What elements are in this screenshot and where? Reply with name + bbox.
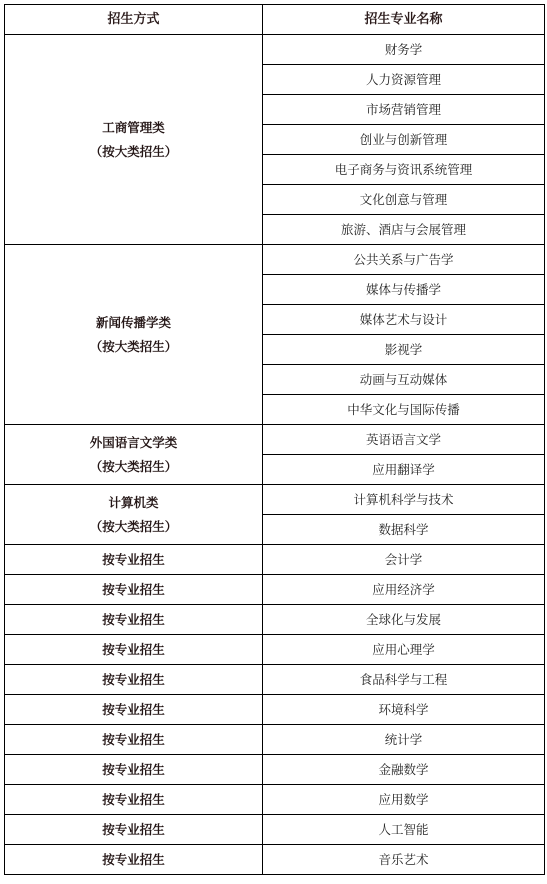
major-cell: 旅游、酒店与会展管理: [263, 215, 545, 245]
table-row: 工商管理类 （按大类招生） 财务学: [5, 35, 545, 65]
method-cell: 按专业招生: [5, 605, 263, 635]
method-cell: 按专业招生: [5, 575, 263, 605]
method-name: 外国语言文学类: [90, 435, 178, 450]
table-row: 按专业招生应用数学: [5, 785, 545, 815]
table-row: 按专业招生音乐艺术: [5, 845, 545, 875]
major-cell: 应用数学: [263, 785, 545, 815]
major-cell: 环境科学: [263, 695, 545, 725]
header-major: 招生专业名称: [263, 5, 545, 35]
major-cell: 电子商务与资讯系统管理: [263, 155, 545, 185]
major-cell: 应用心理学: [263, 635, 545, 665]
major-cell: 财务学: [263, 35, 545, 65]
table-row: 按专业招生全球化与发展: [5, 605, 545, 635]
method-note: （按大类招生）: [5, 144, 262, 160]
major-cell: 动画与互动媒体: [263, 365, 545, 395]
header-method: 招生方式: [5, 5, 263, 35]
method-cell-foreign-languages: 外国语言文学类 （按大类招生）: [5, 425, 263, 485]
header-row: 招生方式 招生专业名称: [5, 5, 545, 35]
table-row: 按专业招生环境科学: [5, 695, 545, 725]
major-cell: 媒体与传播学: [263, 275, 545, 305]
method-cell-business: 工商管理类 （按大类招生）: [5, 35, 263, 245]
table-row: 计算机类 （按大类招生） 计算机科学与技术: [5, 485, 545, 515]
major-cell: 人力资源管理: [263, 65, 545, 95]
major-cell: 数据科学: [263, 515, 545, 545]
method-cell: 按专业招生: [5, 635, 263, 665]
method-cell: 按专业招生: [5, 545, 263, 575]
table-row: 按专业招生人工智能: [5, 815, 545, 845]
major-cell: 英语语言文学: [263, 425, 545, 455]
major-cell: 市场营销管理: [263, 95, 545, 125]
major-cell: 全球化与发展: [263, 605, 545, 635]
table-row: 按专业招生会计学: [5, 545, 545, 575]
method-name: 计算机类: [108, 495, 158, 510]
admission-majors-table: 招生方式 招生专业名称 工商管理类 （按大类招生） 财务学 人力资源管理 市场营…: [4, 4, 545, 875]
major-cell: 创业与创新管理: [263, 125, 545, 155]
table-row: 按专业招生金融数学: [5, 755, 545, 785]
method-cell: 按专业招生: [5, 755, 263, 785]
table-row: 按专业招生应用心理学: [5, 635, 545, 665]
major-cell: 食品科学与工程: [263, 665, 545, 695]
major-cell: 媒体艺术与设计: [263, 305, 545, 335]
major-cell: 应用翻译学: [263, 455, 545, 485]
major-cell: 影视学: [263, 335, 545, 365]
major-cell: 计算机科学与技术: [263, 485, 545, 515]
method-cell: 按专业招生: [5, 815, 263, 845]
table-row: 按专业招生食品科学与工程: [5, 665, 545, 695]
major-cell: 统计学: [263, 725, 545, 755]
method-cell: 按专业招生: [5, 725, 263, 755]
method-cell: 按专业招生: [5, 695, 263, 725]
major-cell: 音乐艺术: [263, 845, 545, 875]
table-row: 新闻传播学类 （按大类招生） 公共关系与广告学: [5, 245, 545, 275]
method-cell: 按专业招生: [5, 785, 263, 815]
major-cell: 金融数学: [263, 755, 545, 785]
method-cell-computer: 计算机类 （按大类招生）: [5, 485, 263, 545]
major-cell: 文化创意与管理: [263, 185, 545, 215]
method-note: （按大类招生）: [5, 339, 262, 355]
table-row: 外国语言文学类 （按大类招生） 英语语言文学: [5, 425, 545, 455]
major-cell: 公共关系与广告学: [263, 245, 545, 275]
major-cell: 会计学: [263, 545, 545, 575]
method-name: 工商管理类: [102, 120, 165, 135]
major-cell: 应用经济学: [263, 575, 545, 605]
major-cell: 中华文化与国际传播: [263, 395, 545, 425]
method-name: 新闻传播学类: [96, 315, 171, 330]
method-cell-journalism: 新闻传播学类 （按大类招生）: [5, 245, 263, 425]
table-row: 按专业招生统计学: [5, 725, 545, 755]
method-note: （按大类招生）: [5, 459, 262, 475]
method-cell: 按专业招生: [5, 665, 263, 695]
method-note: （按大类招生）: [5, 519, 262, 535]
major-cell: 人工智能: [263, 815, 545, 845]
table-row: 按专业招生应用经济学: [5, 575, 545, 605]
method-cell: 按专业招生: [5, 845, 263, 875]
